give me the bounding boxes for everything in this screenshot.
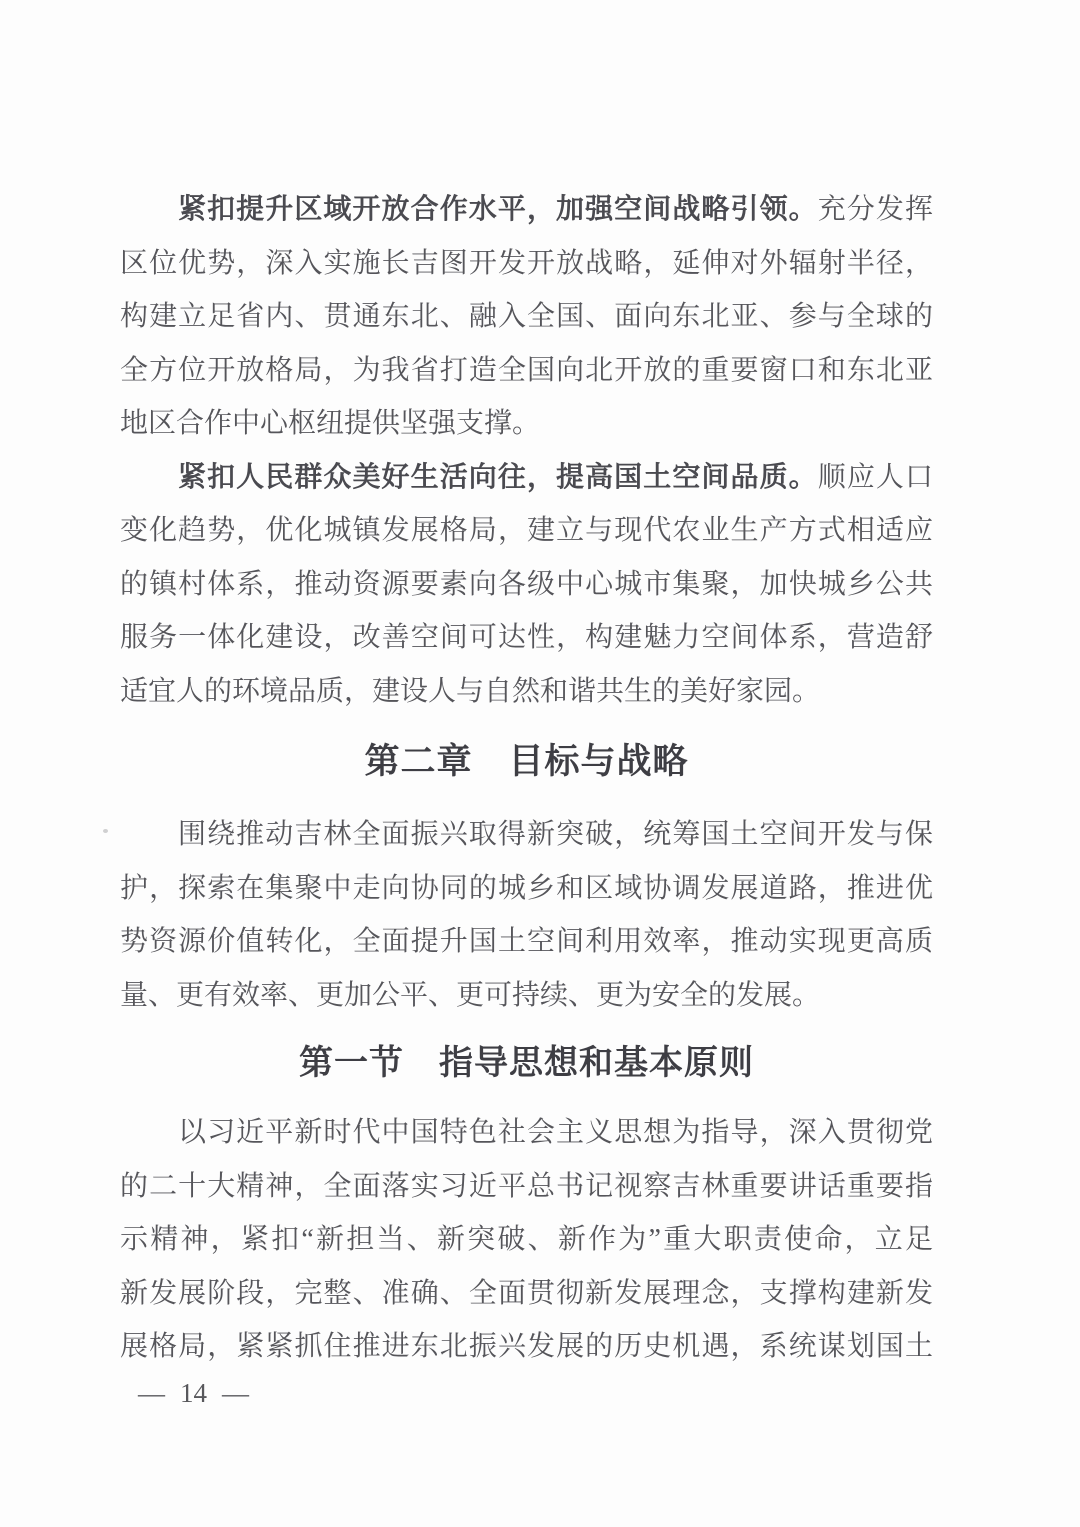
page-number: 14 [180,1376,207,1410]
chapter-heading: 第二章 目标与战略 [120,733,933,791]
paragraph-living-quality-line: 紧扣人民群众美好生活向往，提高国土空间品质。顺应人口 [120,451,933,505]
paragraph-lead-bold: 紧扣提升区域开放合作水平，加强空间战略引领。 [178,194,818,225]
paragraph-living-quality-line: 适宜人的环境品质，建设人与自然和谐共生的美好家园。 [120,665,933,719]
paragraph-lead-bold: 紧扣人民群众美好生活向往，提高国土空间品质。 [178,462,818,493]
paragraph-guiding-ideology-line: 展格局，紧紧抓住推进东北振兴发展的历史机遇，系统谋划国土 [120,1320,933,1374]
paragraph-goals-line: 势资源价值转化，全面提升国土空间利用效率，推动实现更高质 [120,915,933,969]
paragraph-regional-opening-line: 紧扣提升区域开放合作水平，加强空间战略引领。充分发挥 [120,183,933,237]
paragraph-guiding-ideology-line: 以习近平新时代中国特色社会主义思想为指导，深入贯彻党 [120,1106,933,1160]
paragraph-living-quality-line: 的镇村体系，推动资源要素向各级中心城市集聚，加快城乡公共 [120,558,933,612]
section-heading: 第一节 指导思想和基本原则 [120,1034,933,1092]
paragraph-guiding-ideology-line: 新发展阶段，完整、准确、全面贯彻新发展理念，支撑构建新发 [120,1267,933,1321]
footer-dash-left: — [138,1376,165,1410]
body-text-lower: 以习近平新时代中国特色社会主义思想为指导，深入贯彻党 的二十大精神，全面落实习近… [120,1106,933,1374]
paragraph-goals-line: 量、更有效率、更加公平、更可持续、更为安全的发展。 [120,969,933,1023]
scan-artifact-speck [103,829,108,833]
paragraph-living-quality-line: 服务一体化建设，改善空间可达性，构建魅力空间体系，营造舒 [120,611,933,665]
body-text-upper: 紧扣提升区域开放合作水平，加强空间战略引领。充分发挥 区位优势，深入实施长吉图开… [120,183,933,718]
paragraph-goals-line: 护，探索在集聚中走向协同的城乡和区域协调发展道路，推进优 [120,862,933,916]
paragraph-regional-opening-line: 地区合作中心枢纽提供坚强支撑。 [120,397,933,451]
paragraph-regional-opening-line: 区位优势，深入实施长吉图开发开放战略，延伸对外辐射半径， [120,237,933,291]
body-text-middle: 围绕推动吉林全面振兴取得新突破，统筹国土空间开发与保 护，探索在集聚中走向协同的… [120,808,933,1022]
paragraph-living-quality-line: 变化趋势，优化城镇发展格局，建立与现代农业生产方式相适应 [120,504,933,558]
paragraph-text: 顺应人口 [818,462,933,493]
footer-dash-right: — [222,1376,249,1410]
paragraph-guiding-ideology-line: 的二十大精神，全面落实习近平总书记视察吉林重要讲话重要指 [120,1160,933,1214]
paragraph-regional-opening-line: 全方位开放格局，为我省打造全国向北开放的重要窗口和东北亚 [120,344,933,398]
paragraph-text: 充分发挥 [818,194,933,225]
paragraph-guiding-ideology-line: 示精神，紧扣“新担当、新突破、新作为”重大职责使命，立足 [120,1213,933,1267]
paragraph-goals-line: 围绕推动吉林全面振兴取得新突破，统筹国土空间开发与保 [120,808,933,862]
document-page: 紧扣提升区域开放合作水平，加强空间战略引领。充分发挥 区位优势，深入实施长吉图开… [0,0,1080,1527]
page-footer: — 14 — [138,1376,249,1410]
paragraph-regional-opening-line: 构建立足省内、贯通东北、融入全国、面向东北亚、参与全球的 [120,290,933,344]
